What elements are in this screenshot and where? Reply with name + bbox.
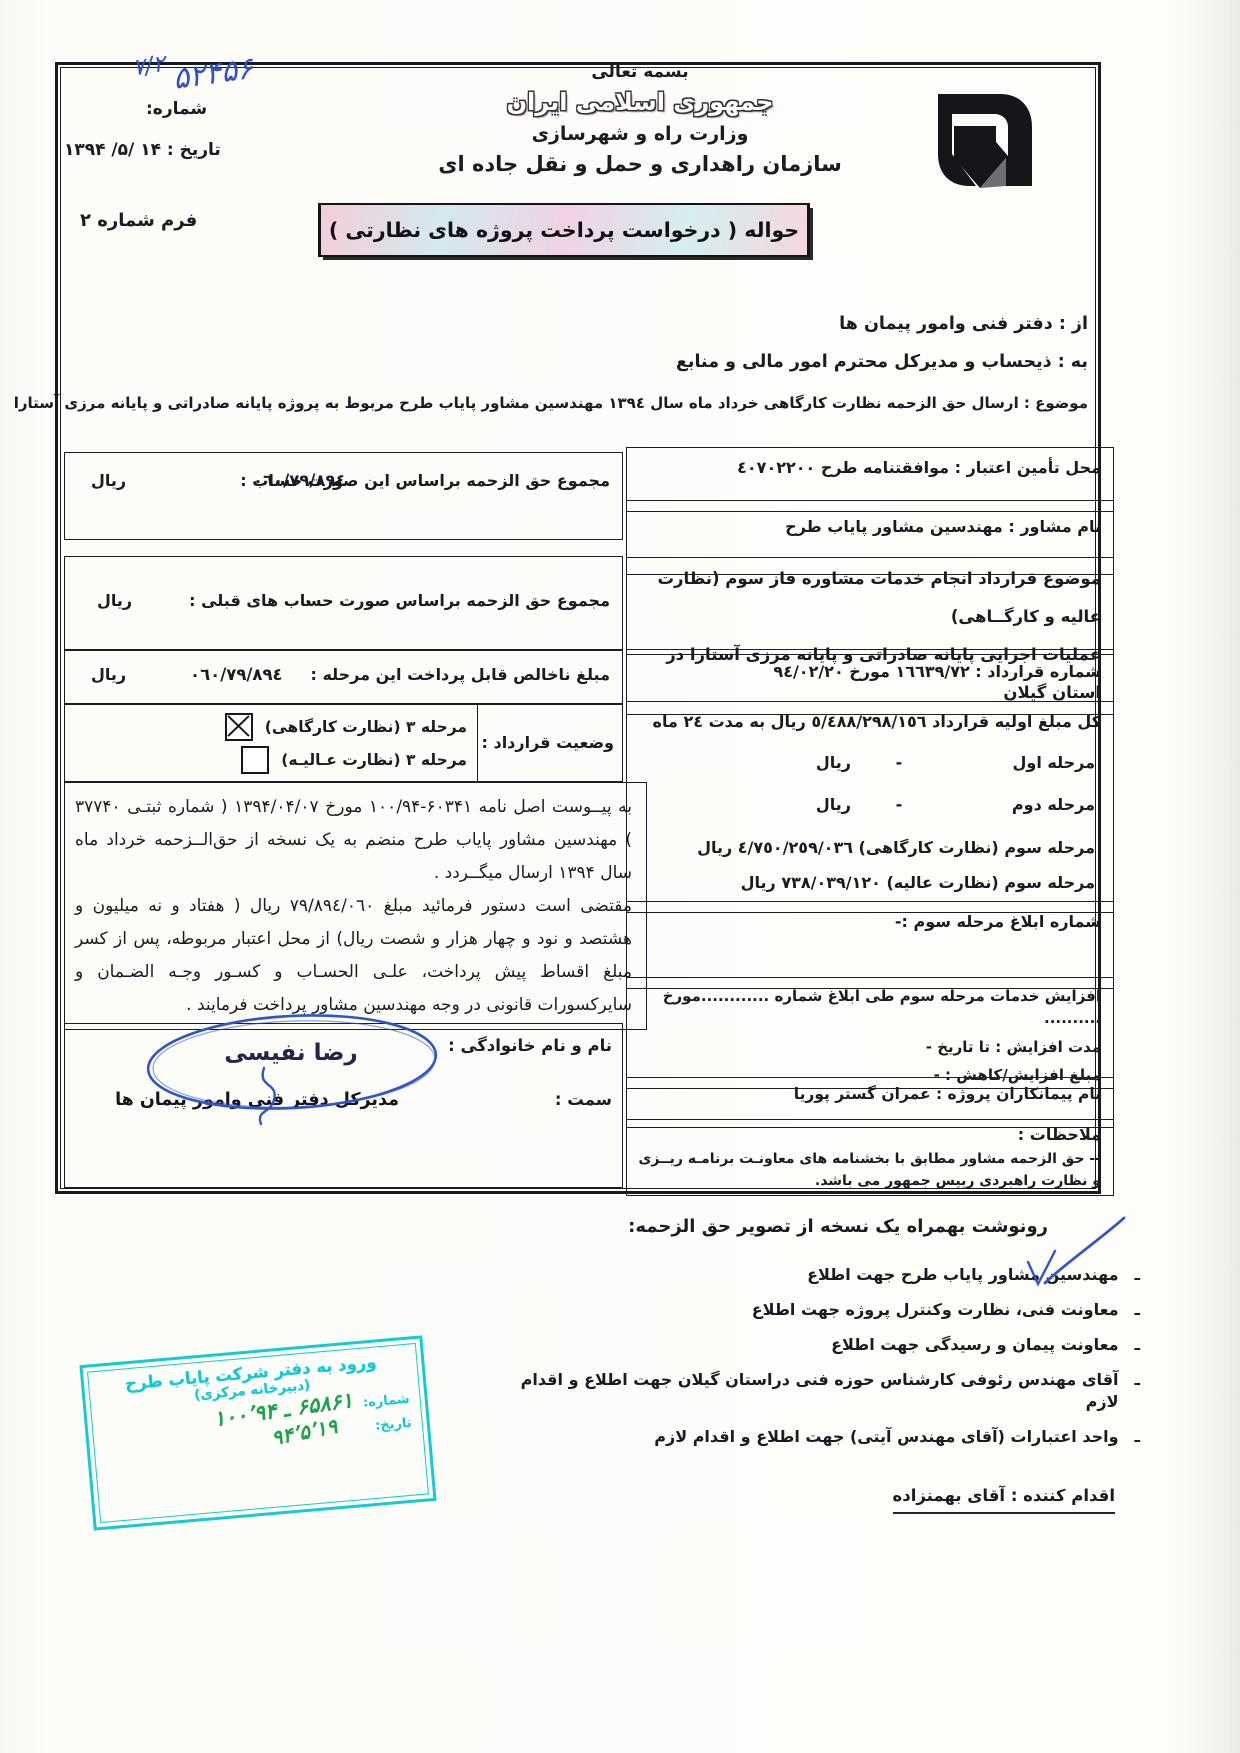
- letter-subject-line: موضوع : ارسال حق الزحمه نظارت کارگاهی خر…: [14, 394, 1088, 412]
- document-header: بسمه تعالی جمهوری اسلامی ایران وزارت راه…: [360, 62, 920, 176]
- remarks-text: -- حق الزحمه مشاور مطابق با بخشنامه های …: [635, 1148, 1101, 1192]
- gross-payable-unit: ریال: [91, 663, 126, 686]
- dash-bullet-icon: ـ: [1135, 1369, 1140, 1391]
- stamp-number-label: شماره:: [362, 1391, 410, 1410]
- cc-item-label: واحد اعتبارات (آقای مهندس آیتی) جهت اطلا…: [654, 1426, 1118, 1448]
- contract-subject-row: موضوع قرارداد انجام خدمات مشاوره فاز سوم…: [626, 557, 1114, 655]
- dash-bullet-icon: ـ: [1135, 1426, 1140, 1448]
- fee-previous-label: مجموع حق الزحمه براساس صورت حساب های قبل…: [189, 589, 610, 612]
- remarks-label: ملاحظات :: [635, 1124, 1101, 1146]
- stamp-date-label: تاریخ:: [374, 1415, 412, 1433]
- status-option-high-supervision: مرحله ۳ (نظارت عـالیـه): [65, 746, 467, 774]
- besmele-text: بسمه تعالی: [360, 62, 920, 82]
- phase1-value: -: [851, 751, 947, 774]
- organization-title: سازمان راهداری و حمل و نقل جاده ای: [360, 152, 920, 176]
- form-number: فرم شماره ۲: [80, 210, 197, 231]
- phase3-site-supervision-amount: مرحله سوم (نظارت کارگاهی) ٤/۷٥۰/۲٥۹/۰۳٦ …: [635, 836, 1101, 859]
- fee-previous-unit: ریال: [97, 589, 132, 612]
- handwritten-number-main: ۵۲۴۵۶: [171, 51, 256, 97]
- remarks-row: ملاحظات : -- حق الزحمه مشاور مطابق با بخ…: [626, 1119, 1114, 1196]
- signer-title: مدیرکل دفتر فنی وامور پیمان ها: [89, 1088, 425, 1113]
- contract-amounts-row: کل مبلغ اولیه قرارداد ٥/٤۸۸/۲۹۸/۱٥٦ ریال…: [626, 701, 1114, 913]
- service-increase-row: افزایش خدمات مرحله سوم طی ابلاغ شماره ..…: [626, 977, 1114, 1089]
- letter-to-line: به : ذیحساب و مدیرکل محترم امور مالی و م…: [676, 352, 1088, 372]
- fee-current-value: ۷۹/۸۹٤/۰٦۰: [253, 469, 346, 493]
- position-label: سمت :: [555, 1088, 612, 1112]
- letter-body-cell: به پیــوست اصل نامه ⁦۱۰۰/۹۴-۶۰۳۴۱⁩ مورخ …: [64, 782, 647, 1030]
- fee-current-invoice-row: مجموع حق الزحمه براساس این صورت حساب : ۷…: [64, 452, 623, 540]
- cc-item-label: معاونت فنی، نظارت وکنترل پروژه جهت اطلاع: [752, 1299, 1119, 1321]
- status-option1-label: مرحله ۳ (نظارت کارگاهی): [265, 716, 467, 738]
- unchecked-checkbox-icon: [241, 746, 269, 774]
- gross-payable-label: مبلغ ناخالص قابل پرداخت این مرحله :: [310, 663, 610, 686]
- letter-from-line: از : دفتر فنی وامور پیمان ها: [839, 314, 1088, 334]
- company-entry-stamp: ورود به دفتر شرکت پایاب طرح (دبیرخانه مر…: [79, 1335, 436, 1530]
- phase2-value: -: [851, 793, 947, 816]
- stamp-inner-border: ورود به دفتر شرکت پایاب طرح (دبیرخانه مر…: [87, 1343, 429, 1523]
- action-by-line: اقدام کننده : آقای بهمنزاده: [893, 1486, 1115, 1514]
- handwritten-letter-number: ۵۲۴۵۶ ۷/۲: [33, 51, 256, 116]
- checked-checkbox-icon: [225, 713, 253, 741]
- signer-name: رضا نفیسی: [196, 1037, 386, 1070]
- full-name-label: نام و نام خانوادگی :: [448, 1034, 612, 1058]
- cc-item-credits-unit: ـ واحد اعتبارات (آقای مهندس آیتی) جهت اط…: [500, 1426, 1140, 1448]
- fee-previous-value: ۰: [303, 589, 313, 613]
- initial-total-amount: کل مبلغ اولیه قرارداد ٥/٤۸۸/۲۹۸/۱٥٦ ریال…: [635, 710, 1101, 733]
- scanned-payment-request-form: بسمه تعالی جمهوری اسلامی ایران وزارت راه…: [0, 0, 1240, 1753]
- phase2-unit: ریال: [816, 793, 851, 816]
- phase1-unit: ریال: [816, 751, 851, 774]
- phase2-line: مرحله دوم - ریال: [635, 793, 1101, 816]
- cc-title: رونوشت بهمراه یک نسخه از تصویر حق الزحمه…: [628, 1216, 1048, 1237]
- republic-title: جمهوری اسلامی ایران: [360, 88, 920, 116]
- cc-item-contracts-deputy: ـ معاونت پیمان و رسیدگی جهت اطلاع: [500, 1334, 1140, 1356]
- increase-line: افزایش خدمات مرحله سوم طی ابلاغ شماره ..…: [635, 986, 1101, 1030]
- dash-bullet-icon: ـ: [1135, 1299, 1140, 1321]
- date-line: تاریخ : ۱۴ /۵/ ۱۳۹۴: [64, 140, 221, 160]
- phase1-label: مرحله اول: [947, 751, 1095, 774]
- contract-status-options: مرحله ۳ (نظارت کارگاهی) مرحله ۳ (نظارت ع…: [65, 705, 477, 781]
- contract-status-row: وضعیت قرارداد : مرحله ۳ (نظارت کارگاهی) …: [64, 704, 623, 782]
- phase2-label: مرحله دوم: [947, 793, 1095, 816]
- fee-previous-invoices-row: مجموع حق الزحمه براساس صورت حساب های قبل…: [64, 556, 623, 650]
- body-paragraph-2: مقتضی است دستور فرمائید مبلغ ۷۹/۸۹٤/۰٦۰ …: [75, 890, 632, 1022]
- cc-item-technical-deputy: ـ معاونت فنی، نظارت وکنترل پروژه جهت اطل…: [500, 1299, 1140, 1321]
- body-paragraph-1: به پیــوست اصل نامه ⁦۱۰۰/۹۴-۶۰۳۴۱⁩ مورخ …: [75, 791, 632, 890]
- phase3-notice-number-row: شماره ابلاغ مرحله سوم :-: [626, 901, 1114, 989]
- cc-item-expert-gilan: ـ آقای مهندس رئوفی کارشناس حوزه فنی دراس…: [500, 1369, 1140, 1413]
- fee-current-unit: ریال: [91, 469, 126, 492]
- cc-item-label: آقای مهندس رئوفی کارشناس حوزه فنی دراستا…: [500, 1369, 1119, 1413]
- cc-item-consultant: ـ مهندسین مشاور پایاب طرح جهت اطلاع: [500, 1264, 1140, 1286]
- form-title-banner: حواله ( درخواست پرداخت پروژه های نظارتی …: [318, 203, 810, 257]
- gross-payable-row: مبلغ ناخالص قابل پرداخت این مرحله : ۷۹/۸…: [64, 650, 623, 704]
- phase1-line: مرحله اول - ریال: [635, 751, 1101, 774]
- number-label: شماره:: [146, 99, 207, 119]
- ministry-title: وزارت راه و شهرسازی: [360, 123, 920, 145]
- cc-item-label: مهندسین مشاور پایاب طرح جهت اطلاع: [807, 1264, 1118, 1286]
- increase-duration: مدت افزایش : تا تاریخ -: [635, 1037, 1101, 1059]
- form-title-text: حواله ( درخواست پرداخت پروژه های نظارتی …: [329, 218, 799, 242]
- status-option2-label: مرحله ۳ (نظارت عـالیـه): [281, 749, 467, 771]
- dash-bullet-icon: ـ: [1135, 1264, 1140, 1286]
- gross-payable-value: ۷۹/۸۹٤/۰٦۰: [190, 663, 283, 687]
- handwritten-number-suffix: ۷/۲: [131, 51, 167, 81]
- contract-subject-line1: موضوع قرارداد انجام خدمات مشاوره فاز سوم…: [635, 560, 1101, 636]
- cc-list: ـ مهندسین مشاور پایاب طرح جهت اطلاع ـ مع…: [500, 1264, 1140, 1461]
- cc-item-label: معاونت پیمان و رسیدگی جهت اطلاع: [831, 1334, 1118, 1356]
- phase3-high-supervision-amount: مرحله سوم (نظارت عالیه) ۷۳۸/۰۳۹/۱۲۰ ریال: [635, 871, 1101, 894]
- status-option-site-supervision: مرحله ۳ (نظارت کارگاهی): [65, 713, 467, 741]
- signature-cell: نام و نام خانوادگی : سمت : رضا نفیسی مدی…: [64, 1023, 623, 1188]
- dash-bullet-icon: ـ: [1135, 1334, 1140, 1356]
- road-organization-logo-icon: [928, 90, 1040, 190]
- contract-status-label: وضعیت قرارداد :: [477, 705, 622, 781]
